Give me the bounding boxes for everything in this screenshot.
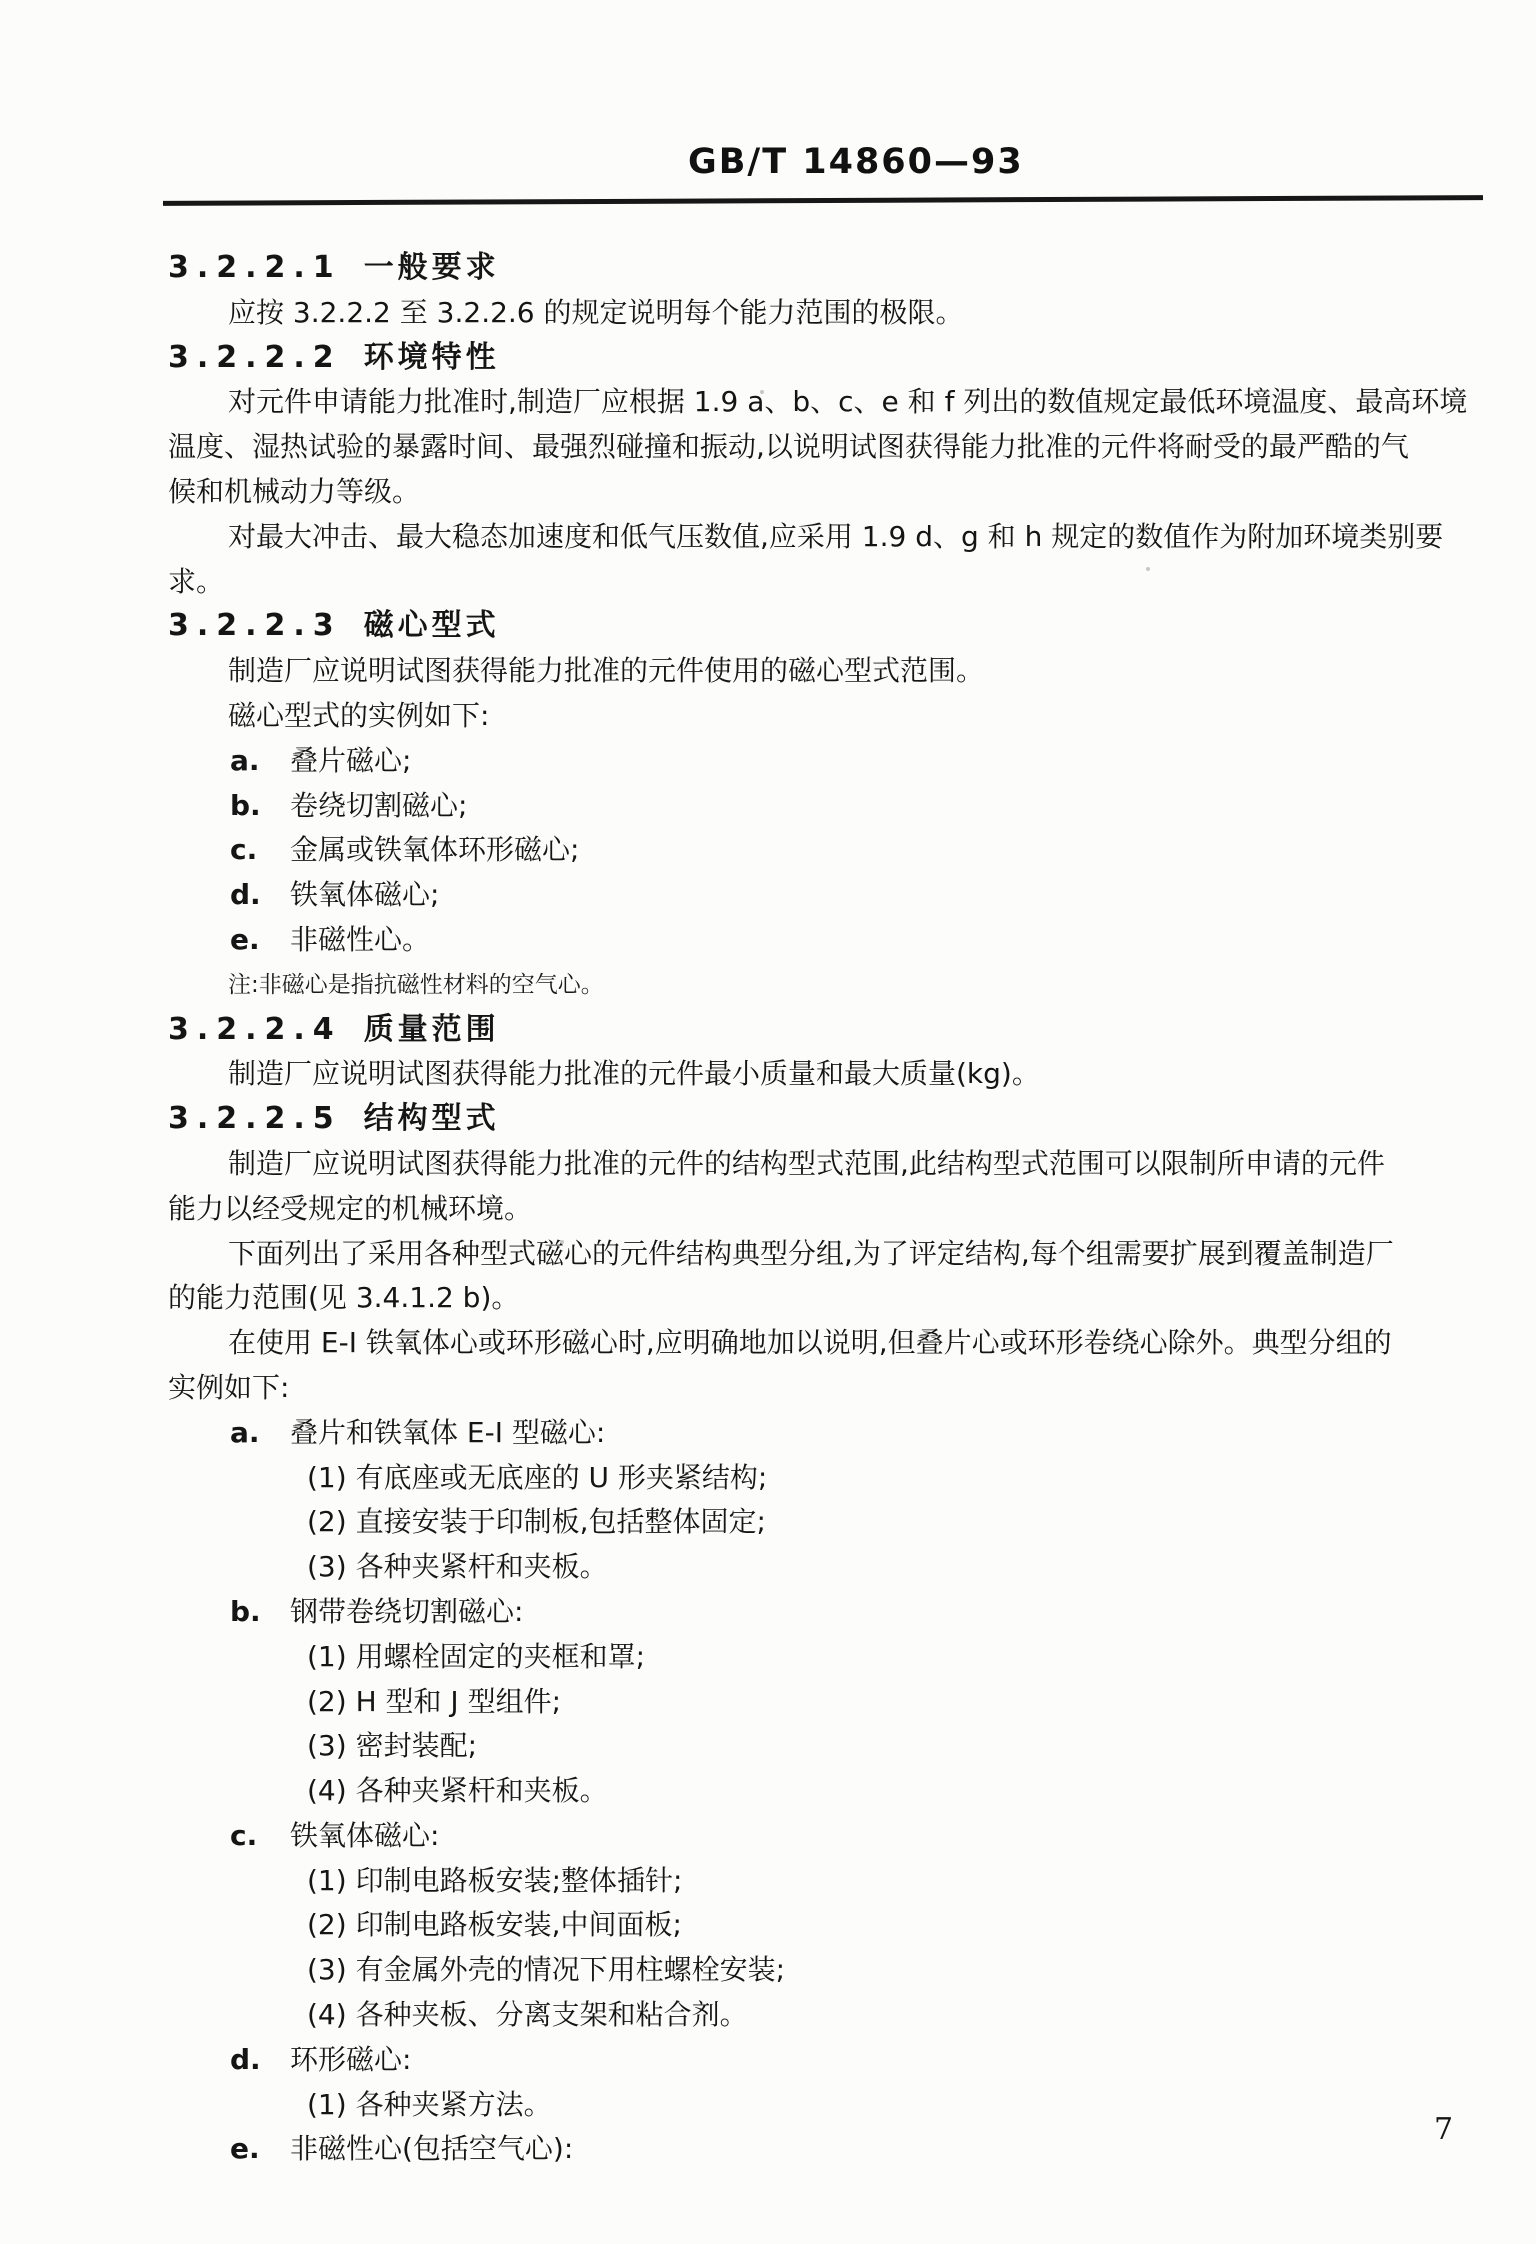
text-line-list: d.铁氧体磁心; [0,873,1536,918]
section-number: 3.2.2.3 [168,608,342,643]
list-item-letter: a. [230,739,290,784]
section-number: 3.2.2.4 [168,1012,342,1047]
text-line-para: 应按 3.2.2.2 至 3.2.2.6 的规定说明每个能力范围的极限。 [0,291,1536,336]
text-line-cont: 的能力范围(见 3.4.1.2 b)。 [0,1276,1536,1321]
list-item-text: 非磁性心。 [290,923,430,956]
document-page: GB/T 14860—93 3.2.2.1一般要求应按 3.2.2.2 至 3.… [0,0,1536,2244]
scan-speckle [1146,567,1150,571]
list-item-text: 铁氧体磁心; [290,878,439,911]
text-line-section: 3.2.2.3磁心型式 [0,604,1536,649]
text-line-sub: (4) 各种夹紧杆和夹板。 [0,1769,1536,1814]
list-item-letter: c. [230,828,290,873]
list-item-text: 卷绕切割磁心; [290,789,467,822]
scan-speckle [760,390,764,394]
text-line-cont: 实例如下: [0,1366,1536,1411]
text-line-list: a.叠片和铁氧体 E-I 型磁心: [0,1411,1536,1456]
text-line-sub: (4) 各种夹板、分离支架和粘合剂。 [0,1993,1536,2038]
text-line-para: 制造厂应说明试图获得能力批准的元件最小质量和最大质量(kg)。 [0,1052,1536,1097]
section-title: 磁心型式 [364,608,500,643]
list-item-text: 非磁性心(包括空气心): [290,2132,573,2165]
text-line-section: 3.2.2.5结构型式 [0,1097,1536,1142]
text-line-sub: (1) 印制电路板安装;整体插针; [0,1859,1536,1904]
text-line-note: 注:非磁心是指抗磁性材料的空气心。 [0,963,1536,1008]
text-line-cont: 求。 [0,560,1536,605]
text-line-para: 对元件申请能力批准时,制造厂应根据 1.9 a、b、c、e 和 f 列出的数值规… [0,380,1536,425]
header-rule [163,195,1483,206]
text-line-cont: 候和机械动力等级。 [0,470,1536,515]
section-number: 3.2.2.1 [168,250,342,285]
text-line-para: 在使用 E-I 铁氧体心或环形磁心时,应明确地加以说明,但叠片心或环形卷绕心除外… [0,1321,1536,1366]
text-line-list: a.叠片磁心; [0,739,1536,784]
text-line-para: 对最大冲击、最大稳态加速度和低气压数值,应采用 1.9 d、g 和 h 规定的数… [0,515,1536,560]
section-title: 结构型式 [364,1101,500,1136]
scan-speckle [560,1240,564,1244]
text-line-list: d.环形磁心: [0,2038,1536,2083]
list-item-letter: e. [230,918,290,963]
standard-code-header: GB/T 14860—93 [688,142,1024,182]
text-line-sub: (3) 各种夹紧杆和夹板。 [0,1545,1536,1590]
text-line-para: 制造厂应说明试图获得能力批准的元件的结构型式范围,此结构型式范围可以限制所申请的… [0,1142,1536,1187]
list-item-text: 环形磁心: [290,2043,411,2076]
list-item-text: 叠片和铁氧体 E-I 型磁心: [290,1416,605,1449]
list-item-letter: e. [230,2127,290,2172]
text-line-sub: (3) 有金属外壳的情况下用柱螺栓安装; [0,1948,1536,1993]
text-line-list: e.非磁性心(包括空气心): [0,2127,1536,2172]
text-line-list: e.非磁性心。 [0,918,1536,963]
text-line-list: b.卷绕切割磁心; [0,784,1536,829]
section-title: 一般要求 [364,250,500,285]
document-lines: 3.2.2.1一般要求应按 3.2.2.2 至 3.2.2.6 的规定说明每个能… [0,246,1536,2172]
text-line-para: 磁心型式的实例如下: [0,694,1536,739]
text-line-sub: (1) 用螺栓固定的夹框和罩; [0,1635,1536,1680]
section-number: 3.2.2.5 [168,1101,342,1136]
text-line-sub: (1) 有底座或无底座的 U 形夹紧结构; [0,1456,1536,1501]
text-line-sub: (1) 各种夹紧方法。 [0,2083,1536,2128]
text-line-para: 下面列出了采用各种型式磁心的元件结构典型分组,为了评定结构,每个组需要扩展到覆盖… [0,1232,1536,1277]
list-item-letter: d. [230,873,290,918]
text-line-section: 3.2.2.2环境特性 [0,336,1536,381]
page-number: 7 [1434,2112,1453,2147]
list-item-letter: d. [230,2038,290,2083]
list-item-letter: c. [230,1814,290,1859]
section-number: 3.2.2.2 [168,340,342,375]
text-line-sub: (2) 印制电路板安装,中间面板; [0,1903,1536,1948]
text-line-sub: (2) H 型和 J 型组件; [0,1680,1536,1725]
text-line-section: 3.2.2.1一般要求 [0,246,1536,291]
text-line-list: b.钢带卷绕切割磁心: [0,1590,1536,1635]
section-title: 环境特性 [364,340,500,375]
text-line-cont: 能力以经受规定的机械环境。 [0,1187,1536,1232]
list-item-text: 钢带卷绕切割磁心: [290,1595,523,1628]
list-item-letter: b. [230,1590,290,1635]
list-item-text: 金属或铁氧体环形磁心; [290,833,579,866]
text-line-sub: (3) 密封装配; [0,1724,1536,1769]
text-line-cont: 温度、湿热试验的暴露时间、最强烈碰撞和振动,以说明试图获得能力批准的元件将耐受的… [0,425,1536,470]
list-item-text: 叠片磁心; [290,744,411,777]
section-title: 质量范围 [364,1012,500,1047]
list-item-text: 铁氧体磁心: [290,1819,439,1852]
text-line-section: 3.2.2.4质量范围 [0,1008,1536,1053]
list-item-letter: b. [230,784,290,829]
text-line-list: c.铁氧体磁心: [0,1814,1536,1859]
text-line-para: 制造厂应说明试图获得能力批准的元件使用的磁心型式范围。 [0,649,1536,694]
list-item-letter: a. [230,1411,290,1456]
text-line-list: c.金属或铁氧体环形磁心; [0,828,1536,873]
text-line-sub: (2) 直接安装于印制板,包括整体固定; [0,1500,1536,1545]
